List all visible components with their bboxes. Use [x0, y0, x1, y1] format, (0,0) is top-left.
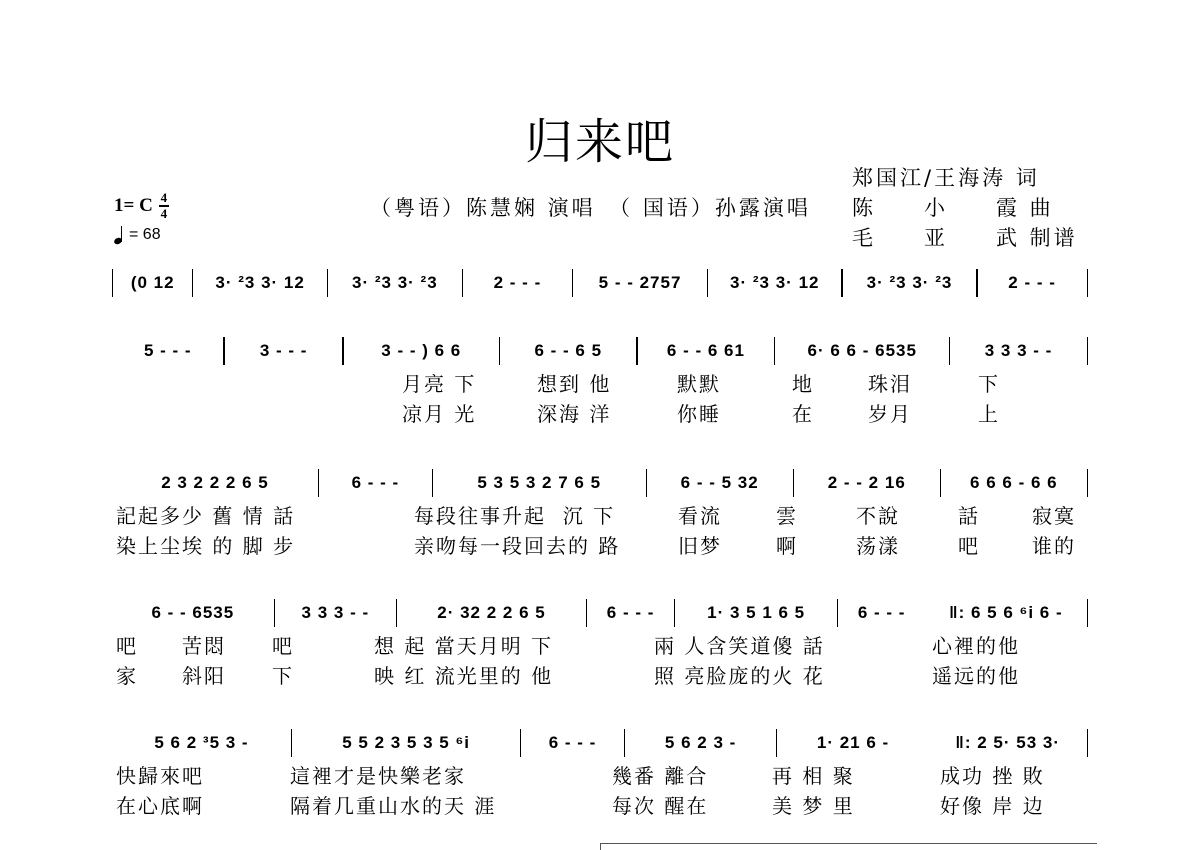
key-label: 1= C — [114, 195, 153, 217]
notation-line: 2 3 2 2 2 6 5 6 - - - 5 3 5 3 2 7 6 5 6 … — [112, 466, 1088, 500]
measure-repeat-start: ‖: 2 5· 53 3· — [929, 733, 1087, 753]
measure: 2 - - - — [463, 273, 572, 293]
lyrics-verse-2: 染上尘埃 的 脚 步 亲吻每一段回去的 路 旧梦 啊 荡漾 吧 谁的 — [112, 530, 1088, 560]
measure: 1· 21 6 - — [777, 733, 928, 753]
lyrics-verse-1: 記起多少 舊 情 話 每段往事升起 沉 下 看流 雲 不說 話 寂寞 — [112, 500, 1088, 530]
measure: (0 12 — [113, 273, 192, 293]
composer-credit: 陈 小 霞 曲 — [852, 192, 1054, 222]
staff-system-1: (0 12 3· ²3 3· 12 3· ²3 3· ²3 2 - - - 5 … — [112, 266, 1088, 300]
measure: 2 3 2 2 2 6 5 — [112, 473, 318, 493]
measure: 2· 32 2 2 6 5 — [397, 603, 586, 623]
measure-repeat-start: ‖: 6 5 6 ⁶i 6 - — [925, 603, 1087, 623]
measure: 3 3 3 - - — [950, 341, 1086, 361]
staff-system-2: 5 - - - 3 - - - 3 - - ) 6 6 6 - - 6 5 6 … — [112, 334, 1088, 428]
measure: 5 - - - — [112, 341, 223, 361]
measure: 3· ²3 3· 12 — [708, 273, 841, 293]
lyrics-verse-2: 家 斜阳 下 映 红 流光里的 他 照 亮脸庞的火 花 遥远的他 — [112, 660, 1088, 690]
measure: 5 6 2 3 - — [625, 733, 776, 753]
measure: 3· ²3 3· ²3 — [328, 273, 461, 293]
notation-line: 5 6 2 ³5 3 - 5 5 2 3 5 3 5 ⁶i 6 - - - 5 … — [112, 726, 1088, 760]
measure: 2 - - 2 16 — [794, 473, 940, 493]
notation-line: 6 - - 6535 3 3 3 - - 2· 32 2 2 6 5 6 - -… — [112, 596, 1088, 630]
measure: 6· 6 6 - 6535 — [775, 341, 949, 361]
key-signature: 1= C 4 4 — [114, 192, 169, 220]
measure: 6 - - - — [319, 473, 431, 493]
measure: 5 - - 2757 — [573, 273, 706, 293]
arranger-credit: 毛 亚 武 制谱 — [852, 222, 1078, 252]
lyrics-verse-2: 凉月 光 深海 洋 你睡 在 岁月 上 — [112, 398, 1088, 428]
measure: 3· ²3 3· 12 — [193, 273, 326, 293]
measure: 6 - - 5 32 — [647, 473, 793, 493]
lyricist-credit: 郑国江/王海涛 词 — [852, 162, 1040, 192]
measure: 6 - - 6 61 — [638, 341, 774, 361]
notation-line: (0 12 3· ²3 3· 12 3· ²3 3· ²3 2 - - - 5 … — [112, 266, 1088, 300]
measure: 1· 3 5 1 6 5 — [675, 603, 837, 623]
measure: 6 - - - — [521, 733, 623, 753]
time-signature: 4 4 — [159, 192, 169, 220]
lyrics-verse-2: 在心底啊 隔着几重山水的天 涯 每次 醒在 美 梦 里 好像 岸 边 — [112, 790, 1088, 820]
measure: 6 6 6 - 6 6 — [941, 473, 1087, 493]
measure: 6 - - - — [587, 603, 674, 623]
measure: 5 3 5 3 2 7 6 5 — [433, 473, 646, 493]
lyrics-verse-1: 快歸來吧 這裡才是快樂老家 幾番 離合 再 相 聚 成功 挫 敗 — [112, 760, 1088, 790]
staff-system-4: 6 - - 6535 3 3 3 - - 2· 32 2 2 6 5 6 - -… — [112, 596, 1088, 690]
measure: 3 - - - — [225, 341, 343, 361]
staff-system-3: 2 3 2 2 2 6 5 6 - - - 5 3 5 3 2 7 6 5 6 … — [112, 466, 1088, 560]
measure: 5 5 2 3 5 3 5 ⁶i — [292, 733, 520, 753]
staff-system-5: 5 6 2 ³5 3 - 5 5 2 3 5 3 5 ⁶i 6 - - - 5 … — [112, 726, 1088, 820]
tempo-marking: = 68 — [114, 226, 161, 244]
quarter-note-icon — [114, 226, 126, 244]
measure: 6 - - 6 5 — [500, 341, 636, 361]
measure: 5 6 2 ³5 3 - — [112, 733, 291, 753]
lyrics-verse-1: 月亮 下 想到 他 默默 地 珠泪 下 — [112, 368, 1088, 398]
measure: 3· ²3 3· ²3 — [843, 273, 976, 293]
notation-line: 5 - - - 3 - - - 3 - - ) 6 6 6 - - 6 5 6 … — [112, 334, 1088, 368]
measure: 3 3 3 - - — [275, 603, 396, 623]
next-page-frame — [600, 843, 1097, 850]
measure: 6 - - 6535 — [112, 603, 274, 623]
measure: 2 - - - — [978, 273, 1087, 293]
performers: （粤语）陈慧娴 演唱 （ 国语）孙露演唱 — [370, 192, 811, 222]
measure: 6 - - - — [838, 603, 925, 623]
lyrics-verse-1: 吧 苦悶 吧 想 起 當天月明 下 兩 人含笑道傻 話 心裡的他 — [112, 630, 1088, 660]
measure: 3 - - ) 6 6 — [344, 341, 499, 361]
